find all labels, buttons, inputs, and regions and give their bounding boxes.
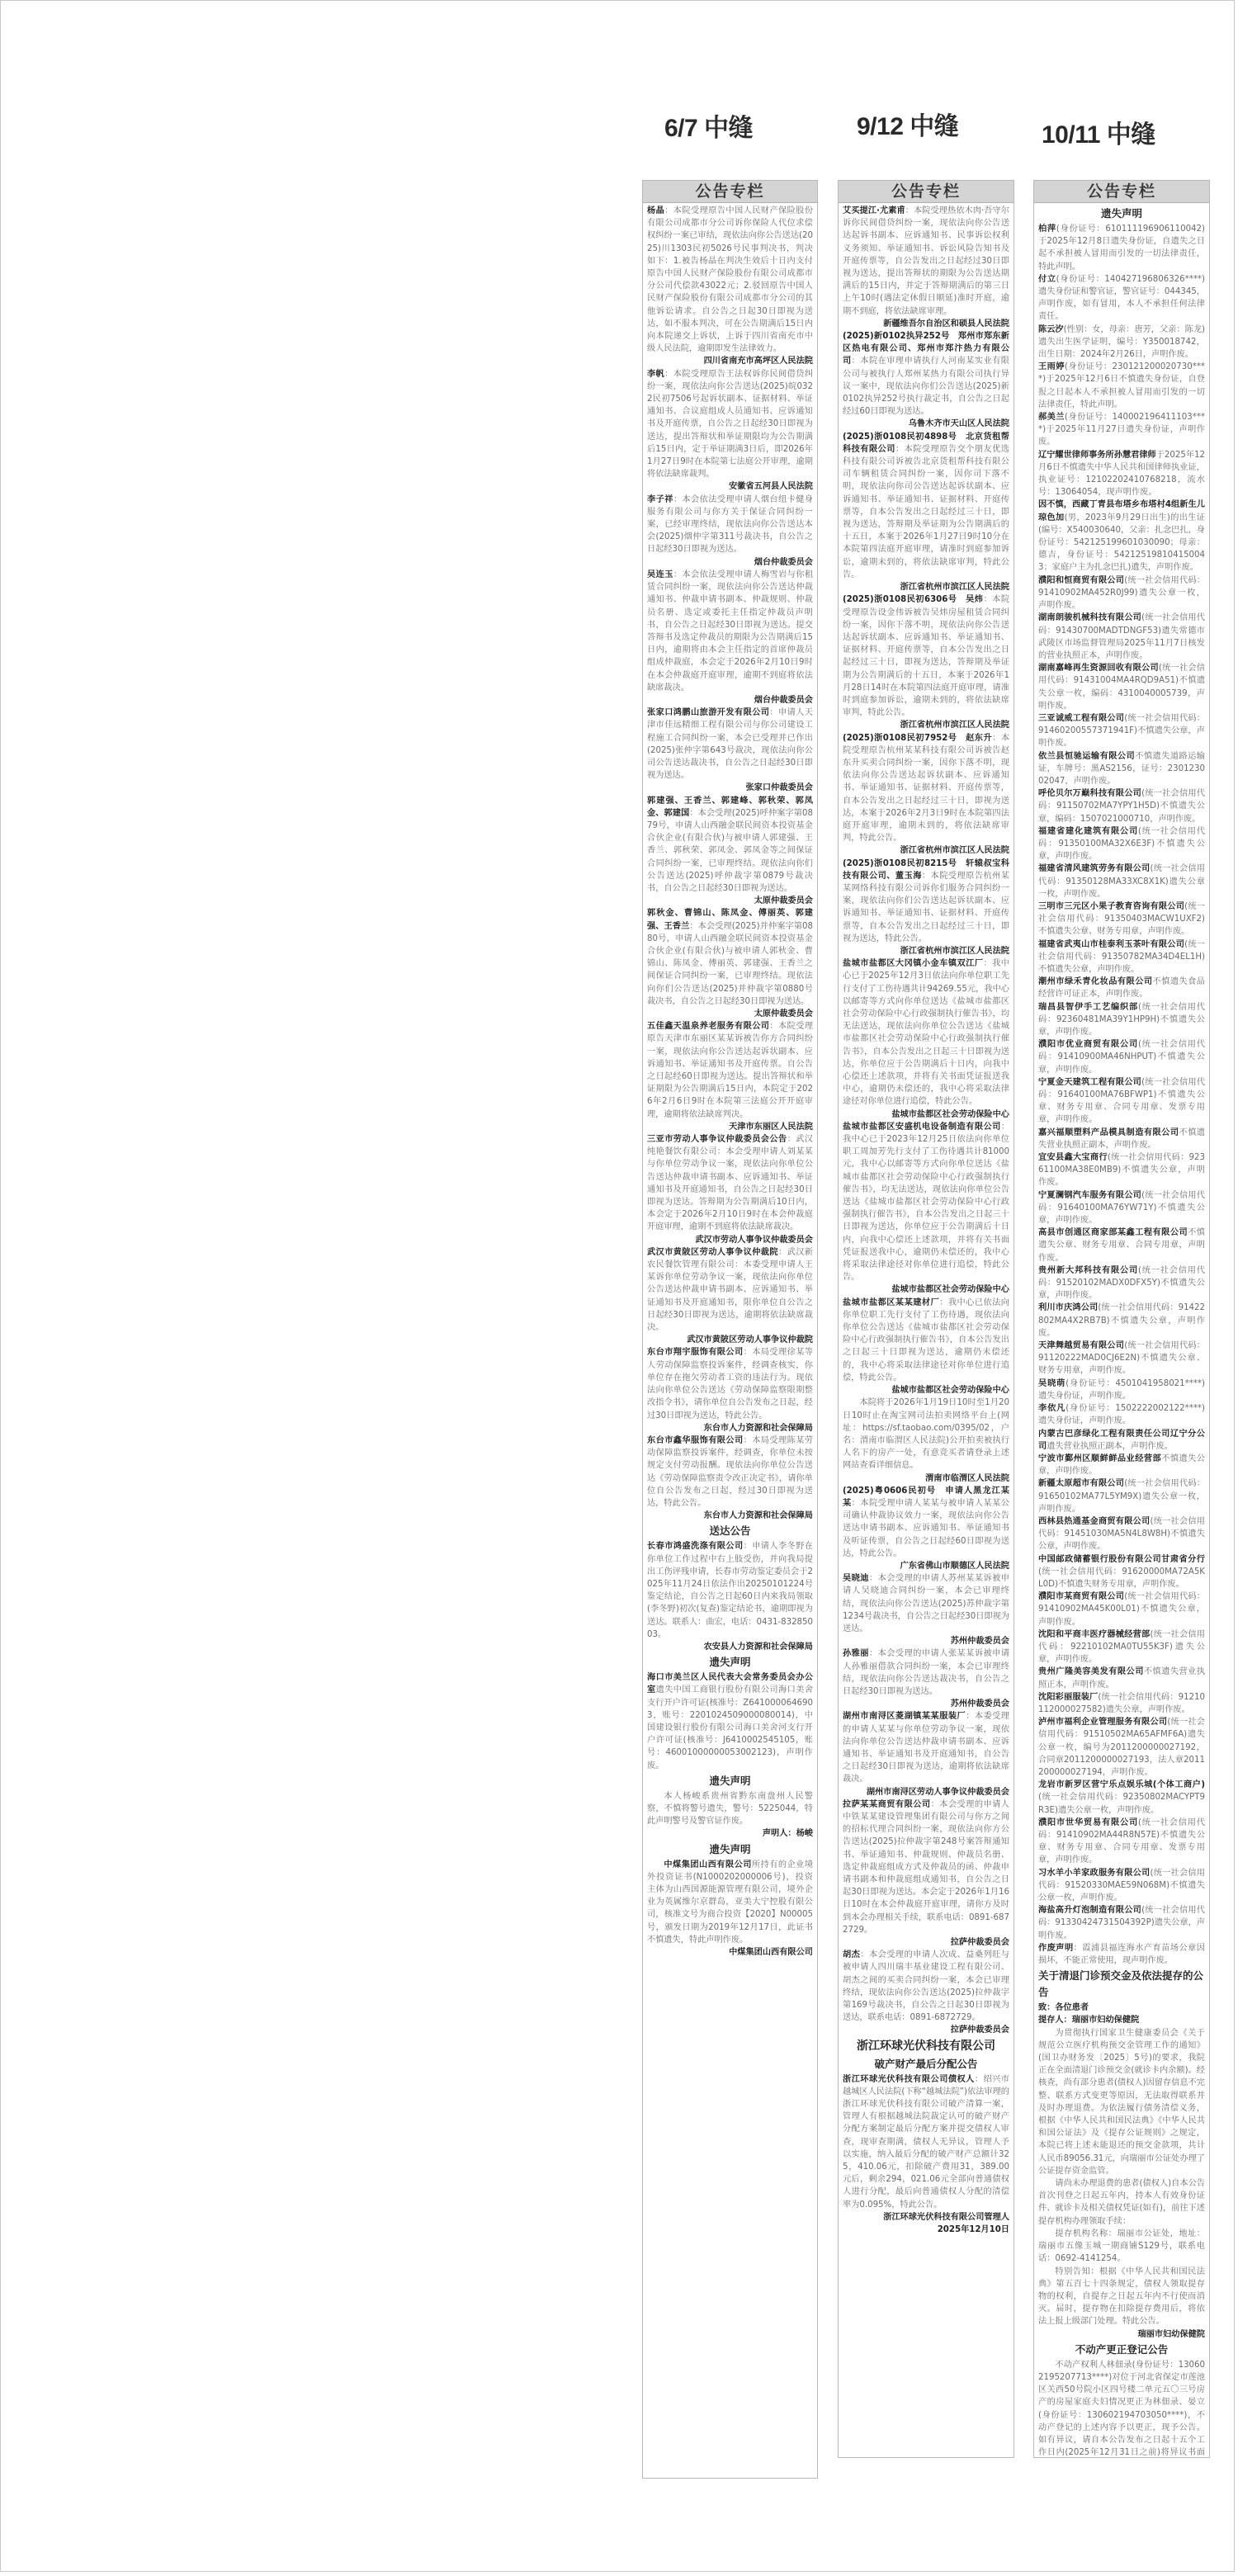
notice-signature: 广东省佛山市顺德区人民法院 xyxy=(843,1560,1009,1572)
notice-text: (身份证号：610111196906110042)于2025年12月8日遗失身份… xyxy=(1038,225,1205,272)
notice-party-name: 陈云汐 xyxy=(1038,325,1064,334)
notice-entry: 利川市庆鸿公司(统一社会信用代码：91422802MA4X2RB7B)不慎遗失公… xyxy=(1038,1302,1205,1340)
notice-party-name: 龙岩市新罗区营宁乐点娱乐城(个体工商户) xyxy=(1038,1780,1205,1789)
notice-entry: 王雨婷(身份证号：230121200020730****)于2025年12月6日… xyxy=(1038,361,1205,411)
notice-party-name: 新疆太原超市有限公司 xyxy=(1038,1479,1124,1488)
notice-signature: 浙江省杭州市滨江区人民法院 xyxy=(843,844,1009,857)
notice-signature: 张家口仲裁委员会 xyxy=(647,782,813,794)
notice-entry: 泸州市福利企业管理服务有限公司(统一社会信用代码：91510502MA65AFM… xyxy=(1038,1716,1205,1779)
notice-signature: 拉萨仲裁委员会 xyxy=(843,1936,1009,1949)
notice-entry: 福建省清风建筑劳务有限公司(统一社会信用代码：91350128MA33XC8X1… xyxy=(1038,863,1205,900)
notice-entry: (2025)新0102执异252号 郑州市郑东新区热电有限公司、郑州市郑汴热力有… xyxy=(843,330,1009,418)
announcement-column-9-12: 公告专栏 艾买提江·尤素甫：本院受理热依木肉·吾守尔诉你民间借贷纠纷一案，现依法… xyxy=(838,180,1014,2458)
notice-signature: 新疆维吾尔自治区和硕县人民法院 xyxy=(843,318,1009,330)
notice-signature: 太原仲裁委员会 xyxy=(647,1008,813,1020)
notice-entry: 新疆太原超市有限公司(统一社会信用代码：91650102MA77L5YM9X)遗… xyxy=(1038,1477,1205,1515)
notice-entry: 孙雅丽：本会受理的申请人张某某诉被申请人孙雅丽借款合同纠纷一案，本会已审理终结，… xyxy=(843,1647,1009,1698)
notice-entry: 中国邮政储蓄银行股份有限公司甘肃省分行(统一社会信用代码：91620000MA7… xyxy=(1038,1553,1205,1591)
notice-entry: (2025)浙0108民初4898号 北京货租帮科技有限公司：本院受理原告交个朋… xyxy=(843,431,1009,581)
notice-entry: 李子祥：本会依法受理申请人烟台纽卡健身服务有限公司与你方关于保证合同纠纷一案，已… xyxy=(647,494,813,556)
notice-entry: 付立(身份证号：140427196806326****)遗失身份证和警官证，警官… xyxy=(1038,273,1205,324)
notice-party-name: 呼伦贝尔万巅科技有限公司 xyxy=(1038,789,1141,798)
notice-party-name: 辽宁耀世律师事务所孙慧君律师 xyxy=(1038,451,1156,460)
notice-entry: 中煤集团山西有限公司所持有的企业境外投资证书(N1000202000006号)，… xyxy=(647,1859,813,1946)
notice-signature: 渭南市临渭区人民法院 xyxy=(843,1472,1009,1485)
notice-party-name: 宁波市鄞州区顺鲜鲜品业经营部 xyxy=(1038,1454,1161,1463)
notice-entry: 艾买提江·尤素甫：本院受理热依木肉·吾守尔诉你民间借贷纠纷一案，现依法向你公告送… xyxy=(843,205,1009,318)
notice-signature: 四川省南充市高坪区人民法院 xyxy=(647,355,813,367)
notice-entry: 盐城市盐都区大冈镇小金车镇双江厂：我中心已于2025年12月3日依法向你单位职工… xyxy=(843,957,1009,1108)
section-title: 遗失声明 xyxy=(647,1773,813,1789)
notice-party-name: 习水羊小羊家政服务有限公司 xyxy=(1038,1869,1150,1878)
notice-text: ：申请人李冬野在你单位工作过程中右上肢受伤，并向我局提出工伤评残申请，长春市劳动… xyxy=(647,1542,813,1638)
notice-entry: 作废声明：霞浦县福连海水产育苗场公章因损坏，不能正常使用，现声明作废。 xyxy=(1038,1942,1205,1967)
section-title: 遗失声明 xyxy=(647,1654,813,1671)
section-title: 送达公告 xyxy=(647,1523,813,1539)
notice-text: ：本院在审理申请执行人河南某实业有限公司与被执行人郑州某热力有限公司执行异议一案… xyxy=(843,357,1009,416)
notice-entry: 沈阳彩丽服装厂(统一社会信用代码：91210112000027582)遗失公章，… xyxy=(1038,1691,1205,1716)
notice-signature: 瑞丽市妇幼保健院 xyxy=(1038,2328,1205,2341)
notice-entry: 因不慎，西藏丁青县布塔乡布塔村4组新生儿琼色加(男，2023年9月29日出生)的… xyxy=(1038,499,1205,574)
column-body: 杨晶：本院受理原告中国人民财产保险股份有限公司成都市分公司诉你保险人代位求偿权纠… xyxy=(643,203,817,1962)
notice-entry: 湖南嘉峰再生资源回收有限公司(统一社会信用代码：91431004MA4RQD9A… xyxy=(1038,662,1205,712)
notice-entry: 武汉市黄陂区劳动人事争议仲裁院：武汉新农民餐饮管理有限公司：本委受理申请人王某诉… xyxy=(647,1246,813,1334)
notice-entry: 吴晓迪：本会受理的申请人苏州某某诉被申请人吴晓迪合同纠纷一案，本会已审理终结，现… xyxy=(843,1572,1009,1635)
notice-party-name: 高县市创通区商家部某鑫工程有限公司 xyxy=(1038,1228,1188,1237)
notice-party-name: 湖南嘉峰再生资源回收有限公司 xyxy=(1038,664,1159,673)
notice-party-name: 三亚诚威工程有限公司 xyxy=(1038,714,1124,723)
column-header: 公告专栏 xyxy=(1034,181,1209,203)
notice-party-name: 濮阳市某商贸有限公司 xyxy=(1038,1592,1124,1601)
notice-paragraph: 本院将于2026年1月19日10时至1月20日10时止在淘宝网司法拍卖网络平台上… xyxy=(843,1397,1009,1472)
notice-party-name: 王雨婷 xyxy=(1038,362,1065,371)
notice-signature: 浙江省杭州市滨江区人民法院 xyxy=(843,945,1009,957)
notice-text: ：本会受理的申请人中铁某某建设管理集团有限公司与你方之间的招标代理合同纠纷一案，… xyxy=(843,1800,1009,1935)
notice-party-name: 泸州市福利企业管理服务有限公司 xyxy=(1038,1718,1167,1727)
notice-party-name: 三明市三元区小果子教育咨询有限公司 xyxy=(1038,902,1184,911)
notice-party-name: 致：各位患者 xyxy=(1038,2003,1089,2012)
notice-signature: 中煤集团山西有限公司 xyxy=(647,1946,813,1959)
gutter-label-10-11: 10/11 中缝 xyxy=(1042,114,1155,150)
notice-entry: 杨晶：本院受理原告中国人民财产保险股份有限公司成都市分公司诉你保险人代位求偿权纠… xyxy=(647,205,813,355)
notice-text: ：武汉新农民餐饮管理有限公司：本委受理申请人王某诉你单位劳动争议一案，现依法向你… xyxy=(647,1248,813,1332)
notice-party-name: 贵州新大邦科技有限公司 xyxy=(1038,1266,1138,1275)
notice-party-name: 五佳鑫天温泉养老服务有限公司 xyxy=(647,1022,769,1031)
column-body: 遗失声明柏萍(身份证号：610111196906110042)于2025年12月… xyxy=(1034,203,1209,2458)
notice-signature: 苏州仲裁委员会 xyxy=(843,1698,1009,1710)
notice-party-name: 东台市鑫华服饰有限公司 xyxy=(647,1436,744,1445)
notice-text: ：本局受理徐某等人劳动保障监察投诉案件，经调查核实，你单位存在拖欠劳动者工资的违… xyxy=(647,1348,813,1420)
notice-entry: 习水羊小羊家政服务有限公司(统一社会信用代码：91520330MAE59N068… xyxy=(1038,1867,1205,1905)
notice-entry: 拉萨某某商贸有限公司：本会受理的申请人中铁某某建设管理集团有限公司与你方之间的招… xyxy=(843,1798,1009,1936)
notice-entry: 宁波市鄞州区顺鲜鲜品业经营部不慎遗失公章，声明作废。 xyxy=(1038,1453,1205,1477)
notice-party-name: (2025)浙0108民初7952号 赵东升 xyxy=(843,734,992,743)
notice-entry: 致：各位患者 xyxy=(1038,2002,1205,2014)
notice-entry: 呼伦贝尔万巅科技有限公司(统一社会信用代码：91150702MA7YPY1H5D… xyxy=(1038,787,1205,825)
notice-party-name: 吴晓萌 xyxy=(1038,1379,1066,1388)
notice-entry: 盐城市盐都区某某建材厂：我中心已依法向你单位职工先行支付了工伤待遇，现依法向你单… xyxy=(843,1297,1009,1384)
notice-party-name: 沈阳和平商丰医疗器械经营部 xyxy=(1038,1630,1150,1639)
notice-entry: 贵州新大邦科技有限公司(统一社会信用代码：91520102MADX0DFX5Y)… xyxy=(1038,1264,1205,1302)
notice-text: ：本会受理的申请人次成、益桑列旺与被申请人四川瑞丰基业建设工程有限公司、胡杰之间… xyxy=(843,1950,1009,2022)
notice-party-name: 付立 xyxy=(1038,275,1056,284)
notice-party-name: 杨晶 xyxy=(647,206,664,215)
notice-text: ：申请人天津市佳远精细工程有限公司与你公司建设工程施工合同纠纷一案，本会已受理并… xyxy=(647,708,813,780)
notice-party-name: 宁夏澜钢汽车服务有限公司 xyxy=(1038,1191,1141,1200)
notice-text: 遗失中国工商银行股份有限公司海口美舍支行开户许可证(核准号：Z641000064… xyxy=(647,1685,813,1770)
notice-entry: 内蒙古巴彦绿化工程有限责任公司辽宁分公司遗失营业执照正副本，声明作废。 xyxy=(1038,1428,1205,1453)
notice-entry: 贵州广隆美容美发有限公司不慎遗失营业执照正本，声明作废。 xyxy=(1038,1666,1205,1690)
section-title: 破产财产最后分配公告 xyxy=(843,2056,1009,2073)
notice-entry: 东台市鑫华服饰有限公司：本局受理陈某劳动保障监察投诉案件，经调查，你单位未按规定… xyxy=(647,1435,813,1510)
notice-entry: 五佳鑫天温泉养老服务有限公司：本院受理原告天津市东丽区某某诉被告你方合同纠纷一案… xyxy=(647,1020,813,1121)
notice-party-name: 西林县热通基金商贸有限公司 xyxy=(1038,1517,1150,1526)
notice-text: ：本院受理原告中国人民财产保险股份有限公司成都市分公司诉你保险人代位求偿权纠纷一… xyxy=(647,206,813,353)
notice-party-name: 孙雅丽 xyxy=(843,1649,869,1658)
notice-party-name: 依兰县恒驰运输有限公司 xyxy=(1038,752,1135,761)
notice-party-name: 盐城市盐都区某某建材厂 xyxy=(843,1298,939,1307)
notice-entry: 三亚市劳动人事争议仲裁委员会公告：武汉纯艳餐饮有限公司：本会受理申请人刘某某与你… xyxy=(647,1133,813,1234)
notice-signature: 苏州仲裁委员会 xyxy=(843,1635,1009,1647)
section-title: 遗失声明 xyxy=(647,1841,813,1858)
notice-entry: 浙江环球光伏科技有限公司债权人：绍兴市越城区人民法院(下称“越城法院”)依法审理… xyxy=(843,2073,1009,2211)
notice-signature: 天津市东丽区人民法院 xyxy=(647,1121,813,1133)
notice-paragraph: 不动产权利人林佃录(身份证号：130602195207713****)对位于河北… xyxy=(1038,2359,1205,2458)
notice-entry: (2025)粤0606民初号 申请人黑龙江某某：本院受理申请人某某与被申请人某某… xyxy=(843,1485,1009,1560)
notice-entry: 郭建强、王香兰、郭建峰、郭秋荣、郭凤金、郭建国：本会受理(2025)呼仲案字第0… xyxy=(647,795,813,896)
notice-entry: 李依凡(身份证号：1502222002122****)遗失身份证，声明作废。 xyxy=(1038,1402,1205,1427)
gutter-label-9-12: 9/12 中缝 xyxy=(857,106,958,142)
notice-signature: 浙江环球光伏科技有限公司管理人 xyxy=(843,2211,1009,2224)
notice-entry: 郝美兰(身份证号：140002196411103****)于2025年11月27… xyxy=(1038,411,1205,449)
notice-party-name: 吴连玉 xyxy=(647,570,673,579)
notice-party-name: 拉萨某某商贸有限公司 xyxy=(843,1800,931,1809)
notice-entry: 盐城市盐都区安盛机电设备制造有限公司：我中心已于2023年12月25日依法向你单… xyxy=(843,1121,1009,1284)
notice-text: ：我中心已于2025年12月3日依法向你单位职工先行支付了工伤待遇共计94269… xyxy=(843,959,1009,1106)
notice-entry: (2025)浙0108民初6306号 吴炜：本院受理原告设金伟诉被告吴炜房屋租赁… xyxy=(843,593,1009,719)
notice-entry: 柏萍(身份证号：610111196906110042)于2025年12月8日遗失… xyxy=(1038,223,1205,273)
notice-entry: 天津舞越贸易有限公司(统一社会信用代码：91120222MAD0CJ6E2N)不… xyxy=(1038,1340,1205,1378)
notice-signature: 乌鲁木齐市天山区人民法院 xyxy=(843,418,1009,430)
notice-text: ：本院受理申请人某某与被申请人某某公司确认仲裁协议效力一案，现依法向你公告送达申… xyxy=(843,1499,1009,1558)
notice-entry: 嘉兴福顺塑料产品模具制造有限公司不慎遗失营业执照正副本，声明作废。 xyxy=(1038,1127,1205,1151)
notice-signature: 拉萨仲裁委员会 xyxy=(843,2024,1009,2036)
notice-party-name: 提存人：瑞丽市妇幼保健院 xyxy=(1038,2016,1139,2025)
notice-party-name: (2025)浙0108民初6306号 吴炜 xyxy=(843,595,983,604)
notice-entry: 提存人：瑞丽市妇幼保健院 xyxy=(1038,2014,1205,2026)
notice-entry: 三明市三元区小果子教育咨询有限公司(统一社会信用代码：91350403MACW1… xyxy=(1038,900,1205,938)
gutter-label-6-7: 6/7 中缝 xyxy=(664,107,753,144)
notice-party-name: 濮阳市优业商贸有限公司 xyxy=(1038,1040,1138,1049)
notice-party-name: 盐城市盐都区大冈镇小金车镇双江厂 xyxy=(843,959,984,968)
notice-entry: 吴连玉：本会依法受理申请人梅雪岩与你租赁合同纠纷一案，现依法向你公告送达仲裁通知… xyxy=(647,569,813,694)
section-title: 浙江环球光伏科技有限公司 xyxy=(843,2038,1009,2055)
notice-signature: 声明人：杨峻 xyxy=(647,1827,813,1840)
notice-entry: 吴晓萌(身份证号：4501041958021****)遗失身份证，声明作废。 xyxy=(1038,1378,1205,1402)
notice-signature: 烟台仲裁委员会 xyxy=(647,694,813,707)
notice-party-name: 福建省武夷山市桂泰利玉茶叶有限公司 xyxy=(1038,940,1184,949)
notice-entry: 辽宁耀世律师事务所孙慧君律师于2025年12月6日不慎遗失中华人民共和国律师执业… xyxy=(1038,449,1205,499)
notice-text: ：本会依法受理申请人梅雪岩与你租赁合同纠纷一案，现依法向你公告送达仲裁通知书、仲… xyxy=(647,570,813,692)
notice-entry: 李帆：本院受理原告王法权诉你民间借贷纠纷一案，现依法向你公告送达(2025)皖0… xyxy=(647,368,813,481)
notice-party-name: 濮阳和恒商贸有限公司 xyxy=(1038,576,1124,585)
notice-entry: 潮州市绿禾青化妆品有限公司不慎遗失食品经营许可证正本，声明作废。 xyxy=(1038,976,1205,1000)
notice-entry: 湖州市南浔区菱湖镇某某服装厂：本委受理的申请人某某与你单位劳动争议一案，现依法向… xyxy=(843,1710,1009,1785)
notice-entry: 宁夏金天建筑工程有限公司(统一社会信用代码：91640100MA76BFWP1)… xyxy=(1038,1076,1205,1127)
notice-party-name: 作废声明 xyxy=(1038,1944,1074,1953)
notice-text: ：本院受理原告天津市东丽区某某诉被告你方合同纠纷一案，现依法向你公告送达起诉状副… xyxy=(647,1022,813,1118)
announcement-column-6-7: 公告专栏 杨晶：本院受理原告中国人民财产保险股份有限公司成都市分公司诉你保险人代… xyxy=(642,180,818,2479)
notice-entry: 郭秋金、曹锦山、陈凤金、傅丽英、郭建强、王香兰：本会受理(2025)并仲案字第0… xyxy=(647,907,813,1008)
notice-signature: 浙江省杭州市滨江区人民法院 xyxy=(843,581,1009,593)
notice-party-name: 湖南朗骏机械科技有限公司 xyxy=(1038,613,1141,622)
notice-entry: 西林县热通基金商贸有限公司(统一社会信用代码：91451030MA5N4L8W8… xyxy=(1038,1515,1205,1553)
notice-signature: 安徽省五河县人民法院 xyxy=(647,480,813,493)
notice-text: ：本院受理原告王法权诉你民间借贷纠纷一案，现依法向你公告送达(2025)皖032… xyxy=(647,370,813,480)
notice-signature: 东台市人力资源和社会保障局 xyxy=(647,1510,813,1522)
section-title: 遗失声明 xyxy=(1038,206,1205,222)
section-title: 不动产更正登记公告 xyxy=(1038,2342,1205,2358)
column-header: 公告专栏 xyxy=(643,181,817,203)
notice-party-name: 吴晓迪 xyxy=(843,1574,869,1583)
notice-text: ：我中心已于2023年12月25日依法向你单位职工周加芳先行支付了工伤待遇共计8… xyxy=(843,1123,1009,1282)
notice-signature: 武汉市黄陂区劳动人事争议仲裁院 xyxy=(647,1334,813,1346)
notice-text: ：本院受理原告设金伟诉被告吴炜房屋租赁合同纠纷一案，因你下落不明，现依法向你公告… xyxy=(843,595,1009,717)
notice-entry: 濮阳和恒商贸有限公司(统一社会信用代码：91410902MA452R0J99)遗… xyxy=(1038,574,1205,612)
notice-paragraph: 特别告知：根据《中华人民共和国民法典》第五百七十四条规定，债权人领取提存物的权利… xyxy=(1038,2266,1205,2328)
notice-party-name: 三亚市劳动人事争议仲裁委员会公告 xyxy=(647,1135,787,1144)
notice-party-name: 张家口鸿鹏山旅游开发有限公司 xyxy=(647,708,769,717)
notice-entry: 福建省建化建筑有限公司(统一社会信用代码：91350100MA32X6E3F)不… xyxy=(1038,825,1205,863)
notice-text: ：本院受理原告杭州某某科技有限公司诉被告赵东升买卖合同纠纷一案，因你下落不明，现… xyxy=(843,734,1009,844)
notice-party-name: 郝美兰 xyxy=(1038,413,1065,422)
notice-signature: 盐城市盐都区社会劳动保险中心 xyxy=(843,1108,1009,1121)
notice-entry: 依兰县恒驰运输有限公司不慎遗失道路运输证，车牌号：黑AS2156，证号：2301… xyxy=(1038,750,1205,788)
section-title: 关于清退门诊预交金及依法提存的公告 xyxy=(1038,1968,1205,2001)
notice-text: ：武汉纯艳餐饮有限公司：本会受理申请人刘某某与你单位劳动争议一案，现依法向你单位… xyxy=(647,1135,813,1231)
notice-text: 所持有的企业境外投资证书(N1000202000006号)，投资主体为山西国源能… xyxy=(647,1860,813,1945)
notice-party-name: 天津舞越贸易有限公司 xyxy=(1038,1341,1124,1350)
notice-party-name: 中国邮政储蓄银行股份有限公司甘肃省分行 xyxy=(1038,1555,1205,1564)
notice-party-name: 宜安县鑫大宝商行 xyxy=(1038,1153,1108,1162)
notice-entry: 宜安县鑫大宝商行(统一社会信用代码：92361100MA38E0MB9)不慎遗失… xyxy=(1038,1151,1205,1189)
notice-entry: 高县市创通区商家部某鑫工程有限公司不慎遗失公章、财务专用章、合同专用章，声明作废… xyxy=(1038,1227,1205,1264)
notice-party-name: 李帆 xyxy=(647,370,664,379)
notice-text: (统一社会信用代码：91620000MA72A5KL0D)不慎遗失财务专用章，声… xyxy=(1038,1567,1205,1589)
notice-paragraph: 请尚未办理退费的患者(债权人)自本公告首次刊登之日起五年内，持本人有效身份证件、… xyxy=(1038,2177,1205,2228)
notice-text: (性别：女，母亲：唐芳，父亲：陈龙)遗失出生医学证明，编号：Y350018742… xyxy=(1038,325,1205,359)
notice-party-name: 潮州市绿禾青化妆品有限公司 xyxy=(1038,977,1153,986)
notice-text: ：本院受理原告杭州某某网络科技有限公司诉你们服务合同纠纷一案，现依法向你们公告送… xyxy=(843,872,1009,943)
notice-entry: 东台市翔宇服饰有限公司：本局受理徐某等人劳动保障监察投诉案件，经调查核实，你单位… xyxy=(647,1346,813,1421)
notice-text: 遗失营业执照正副本，声明作废。 xyxy=(1047,1442,1173,1451)
notice-party-name: 福建省清风建筑劳务有限公司 xyxy=(1038,864,1150,873)
column-header: 公告专栏 xyxy=(839,181,1014,203)
notice-text: ：本会受理(2025)呼仲案字第0879号，申请人山西融金联民间资本投资基金合伙… xyxy=(647,809,813,893)
notice-party-name: 李子祥 xyxy=(647,495,673,504)
notice-party-name: 海盐高升灯泡制造有限公司 xyxy=(1038,1906,1141,1915)
notice-paragraph: 本人杨峻系贵州省黔东南盘州人民警察，不慎将警号遗失，警号：5225044，特此声… xyxy=(647,1790,813,1828)
notice-party-name: 艾买提江·尤素甫 xyxy=(843,206,905,215)
notice-party-name: 浙江环球光伏科技有限公司债权人 xyxy=(843,2075,975,2084)
notice-party-name: 瑞昌县智伊手工艺编织部 xyxy=(1038,1003,1138,1012)
notice-party-name: 濮阳市世华贸易有限公司 xyxy=(1038,1818,1138,1827)
notice-party-name: 嘉兴福顺塑料产品模具制造有限公司 xyxy=(1038,1128,1179,1137)
notice-entry: 海盐高升灯泡制造有限公司(统一社会信用代码：91330424731504392P… xyxy=(1038,1904,1205,1942)
notice-entry: 福建省武夷山市桂泰利玉茶叶有限公司(统一社会信用代码：91350782MA34D… xyxy=(1038,938,1205,976)
notice-party-name: 武汉市黄陂区劳动人事争议仲裁院 xyxy=(647,1248,778,1257)
notice-signature: 东台市人力资源和社会保障局 xyxy=(647,1422,813,1435)
notice-entry: 胡杰：本会受理的申请人次成、益桑列旺与被申请人四川瑞丰基业建设工程有限公司、胡杰… xyxy=(843,1949,1009,2024)
notice-text: ：绍兴市越城区人民法院(下称“越城法院”)依法审理的浙江环球光伏科技有限公司破产… xyxy=(843,2075,1009,2210)
notice-entry: 濮阳市世华贸易有限公司(统一社会信用代码：91410902MA44R8N57E)… xyxy=(1038,1817,1205,1867)
notice-entry: 张家口鸿鹏山旅游开发有限公司：申请人天津市佳远精细工程有限公司与你公司建设工程施… xyxy=(647,707,813,782)
notice-entry: 沈阳和平商丰医疗器械经营部(统一社会信用代码：92210102MA0TU55K3… xyxy=(1038,1628,1205,1666)
notice-text: ：本院受理热依木肉·吾守尔诉你民间借贷纠纷一案，现依法向你公告送达起诉书副本、应… xyxy=(843,206,1009,316)
notice-party-name: 胡杰 xyxy=(843,1950,860,1959)
notice-entry: 龙岩市新罗区营宁乐点娱乐城(个体工商户)(统一社会信用代码：92350802MA… xyxy=(1038,1779,1205,1817)
notice-text: ：本院受理原告交个朋友优选科技有限公司诉被告北京货租帮科技有限公司车辆租赁合同纠… xyxy=(843,445,1009,579)
notice-signature: 盐城市盐都区社会劳动保险中心 xyxy=(843,1384,1009,1397)
notice-party-name: 湖州市南浔区菱湖镇某某服装厂 xyxy=(843,1712,966,1721)
notice-party-name: 盐城市盐都区安盛机电设备制造有限公司 xyxy=(843,1123,1001,1132)
notice-paragraph: 提存机构名称：瑞丽市公证处，地址：瑞丽市五像玉城一期商铺S129号，联系电话：0… xyxy=(1038,2228,1205,2266)
notice-entry: (2025)浙0108民初7952号 赵东升：本院受理原告杭州某某科技有限公司诉… xyxy=(843,732,1009,845)
notice-entry: 濮阳市某商贸有限公司(统一社会信用代码：91410902MA45K00L01)不… xyxy=(1038,1591,1205,1628)
notice-signature: 浙江省杭州市滨江区人民法院 xyxy=(843,719,1009,731)
notice-entry: (2025)浙0108民初8215号 轩辕叔宝科技有限公司、董玉海：本院受理原告… xyxy=(843,858,1009,945)
notice-party-name: 东台市翔宇服饰有限公司 xyxy=(647,1348,744,1357)
notice-entry: 陈云汐(性别：女，母亲：唐芳，父亲：陈龙)遗失出生医学证明，编号：Y350018… xyxy=(1038,324,1205,362)
notice-entry: 宁夏澜钢汽车服务有限公司(统一社会信用代码：91640100MA76YW71Y)… xyxy=(1038,1189,1205,1227)
notice-text: ：我中心已依法向你单位职工先行支付了工伤待遇，现依法向你单位公告送达《盐城市盐都… xyxy=(843,1298,1009,1383)
notice-paragraph: 为贯彻执行国家卫生健康委员会《关于规范公立医疗机构预交金管理工作的通知》(国卫办… xyxy=(1038,2027,1205,2177)
notice-entry: 湖南朗骏机械科技有限公司(统一社会信用代码：91430700MADTDNGF53… xyxy=(1038,612,1205,662)
notice-signature: 湖州市南浔区劳动人事争议仲裁委员会 xyxy=(843,1786,1009,1798)
notice-signature: 太原仲裁委员会 xyxy=(647,895,813,907)
notice-entry: 瑞昌县智伊手工艺编织部(统一社会信用代码：92360481MA39Y1HP9H)… xyxy=(1038,1001,1205,1039)
notice-party-name: 贵州广隆美容美发有限公司 xyxy=(1038,1667,1144,1676)
notice-party-name: 长春市鸿盛洗涤有限公司 xyxy=(647,1542,744,1551)
notice-party-name: 利川市庆鸿公司 xyxy=(1038,1303,1098,1312)
notice-signature: 武汉市劳动人事争议仲裁委员会 xyxy=(647,1234,813,1246)
notice-party-name: 李依凡 xyxy=(1038,1404,1066,1413)
notice-text: (统一社会信用代码：92350802MACYPT9R3E)遗失公章一枚，声明作废… xyxy=(1038,1793,1205,1814)
notice-text: (身份证号：140427196806326****)遗失身份证和警官证，警官证号… xyxy=(1038,275,1205,322)
notice-entry: 三亚诚威工程有限公司(统一社会信用代码：91460200557371941F)不… xyxy=(1038,712,1205,750)
notice-party-name: 中煤集团山西有限公司 xyxy=(664,1860,752,1869)
announcement-column-10-11: 公告专栏 遗失声明柏萍(身份证号：610111196906110042)于202… xyxy=(1033,180,1210,2458)
column-body: 艾买提江·尤素甫：本院受理热依木肉·吾守尔诉你民间借贷纠纷一案，现依法向你公告送… xyxy=(839,203,1014,2239)
notice-entry: 濮阳市优业商贸有限公司(统一社会信用代码：91410900MA46NHPUT)不… xyxy=(1038,1038,1205,1076)
notice-text: ：本局受理陈某劳动保障监察投诉案件，经调查，你单位未按规定支付劳动报酬。现依法向… xyxy=(647,1436,813,1508)
notice-text: ：本委受理的申请人某某与你单位劳动争议一案，现依法向你单位公告送达仲裁申请书副本… xyxy=(843,1712,1009,1784)
notice-party-name: 沈阳彩丽服装厂 xyxy=(1038,1693,1098,1702)
notice-party-name: 福建省建化建筑有限公司 xyxy=(1038,827,1138,836)
notice-text: ：本会受理(2025)并仲案字第0880号，申请人山西融金联民间资本投资基金合伙… xyxy=(647,922,813,1006)
notice-signature: 盐城市盐都区社会劳动保险中心 xyxy=(843,1283,1009,1296)
notice-party-name: 宁夏金天建筑工程有限公司 xyxy=(1038,1078,1141,1087)
notice-signature: 农安县人力资源和社会保障局 xyxy=(647,1641,813,1653)
notice-entry: 长春市鸿盛洗涤有限公司：申请人李冬野在你单位工作过程中右上肢受伤，并向我局提出工… xyxy=(647,1540,813,1641)
notice-signature: 烟台仲裁委员会 xyxy=(647,556,813,569)
notice-signature: 2025年12月10日 xyxy=(843,2224,1009,2236)
notice-entry: 海口市美兰区人民代表大会常务委员会办公室遗失中国工商银行股份有限公司海口美舍支行… xyxy=(647,1671,813,1772)
notice-party-name: 柏萍 xyxy=(1038,225,1056,234)
